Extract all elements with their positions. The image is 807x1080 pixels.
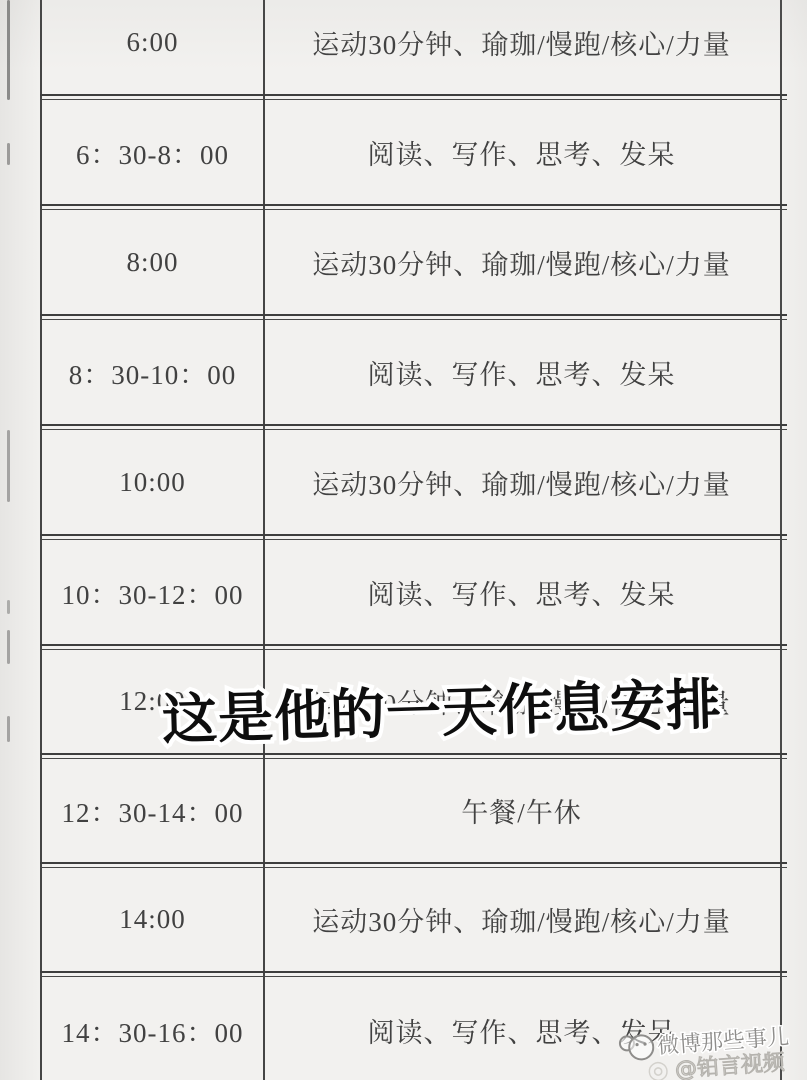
row-separator — [40, 94, 787, 100]
activity-cell: 运动30分钟、瑜珈/慢跑/核心/力量 — [263, 900, 780, 939]
page-edge-mark — [7, 630, 10, 664]
activity-cell: 运动30分钟、瑜珈/慢跑/核心/力量 — [263, 23, 780, 62]
schedule-row: 8：30-10：00 阅读、写作、思考、发呆 — [42, 317, 780, 427]
row-separator — [40, 862, 787, 868]
time-cell: 14：30-16：00 — [42, 1011, 263, 1050]
schedule-row: 6:00 运动30分钟、瑜珈/慢跑/核心/力量 — [42, 0, 780, 97]
activity-cell: 午餐/午休 — [263, 791, 780, 830]
schedule-row: 8:00 运动30分钟、瑜珈/慢跑/核心/力量 — [42, 207, 780, 317]
time-cell: 10：30-12：00 — [42, 573, 263, 612]
time-cell: 8：30-10：00 — [42, 353, 263, 392]
row-separator — [40, 644, 787, 650]
time-cell: 10:00 — [42, 467, 263, 498]
activity-cell: 运动30分钟、瑜珈/慢跑/核心/力量 — [263, 463, 780, 502]
video-frame-schedule-photo: 6:00 运动30分钟、瑜珈/慢跑/核心/力量 6：30-8：00 阅读、写作、… — [0, 0, 807, 1080]
time-cell: 8:00 — [42, 247, 263, 278]
row-separator — [40, 424, 787, 430]
time-cell: 12：30-14：00 — [42, 791, 263, 830]
time-cell: 6:00 — [42, 27, 263, 58]
page-edge-mark — [7, 0, 10, 100]
schedule-row: 10:00 运动30分钟、瑜珈/慢跑/核心/力量 — [42, 427, 780, 537]
double-circle-icon: ◎ — [646, 1056, 670, 1080]
activity-cell: 阅读、写作、思考、发呆 — [263, 353, 780, 392]
row-separator — [40, 534, 787, 540]
table-right-border — [780, 0, 782, 1080]
schedule-row: 6：30-8：00 阅读、写作、思考、发呆 — [42, 97, 780, 207]
schedule-row: 14:00 运动30分钟、瑜珈/慢跑/核心/力量 — [42, 865, 780, 974]
table-left-border — [40, 0, 42, 1080]
page-edge-mark — [7, 430, 10, 502]
activity-cell: 阅读、写作、思考、发呆 — [263, 573, 780, 612]
row-separator — [40, 204, 787, 210]
time-cell: 14:00 — [42, 904, 263, 935]
page-edge-mark — [7, 143, 10, 165]
time-cell: 6：30-8：00 — [42, 133, 263, 172]
row-separator — [40, 971, 787, 977]
table-column-divider — [263, 0, 265, 1080]
row-separator — [40, 314, 787, 320]
activity-cell: 阅读、写作、思考、发呆 — [263, 133, 780, 172]
row-separator — [40, 753, 787, 759]
activity-cell: 运动30分钟、瑜珈/慢跑/核心/力量 — [263, 243, 780, 282]
schedule-row: 12：30-14：00 午餐/午休 — [42, 756, 780, 865]
schedule-row: 10：30-12：00 阅读、写作、思考、发呆 — [42, 537, 780, 647]
page-edge-mark — [7, 600, 10, 614]
page-edge-mark — [7, 716, 10, 742]
